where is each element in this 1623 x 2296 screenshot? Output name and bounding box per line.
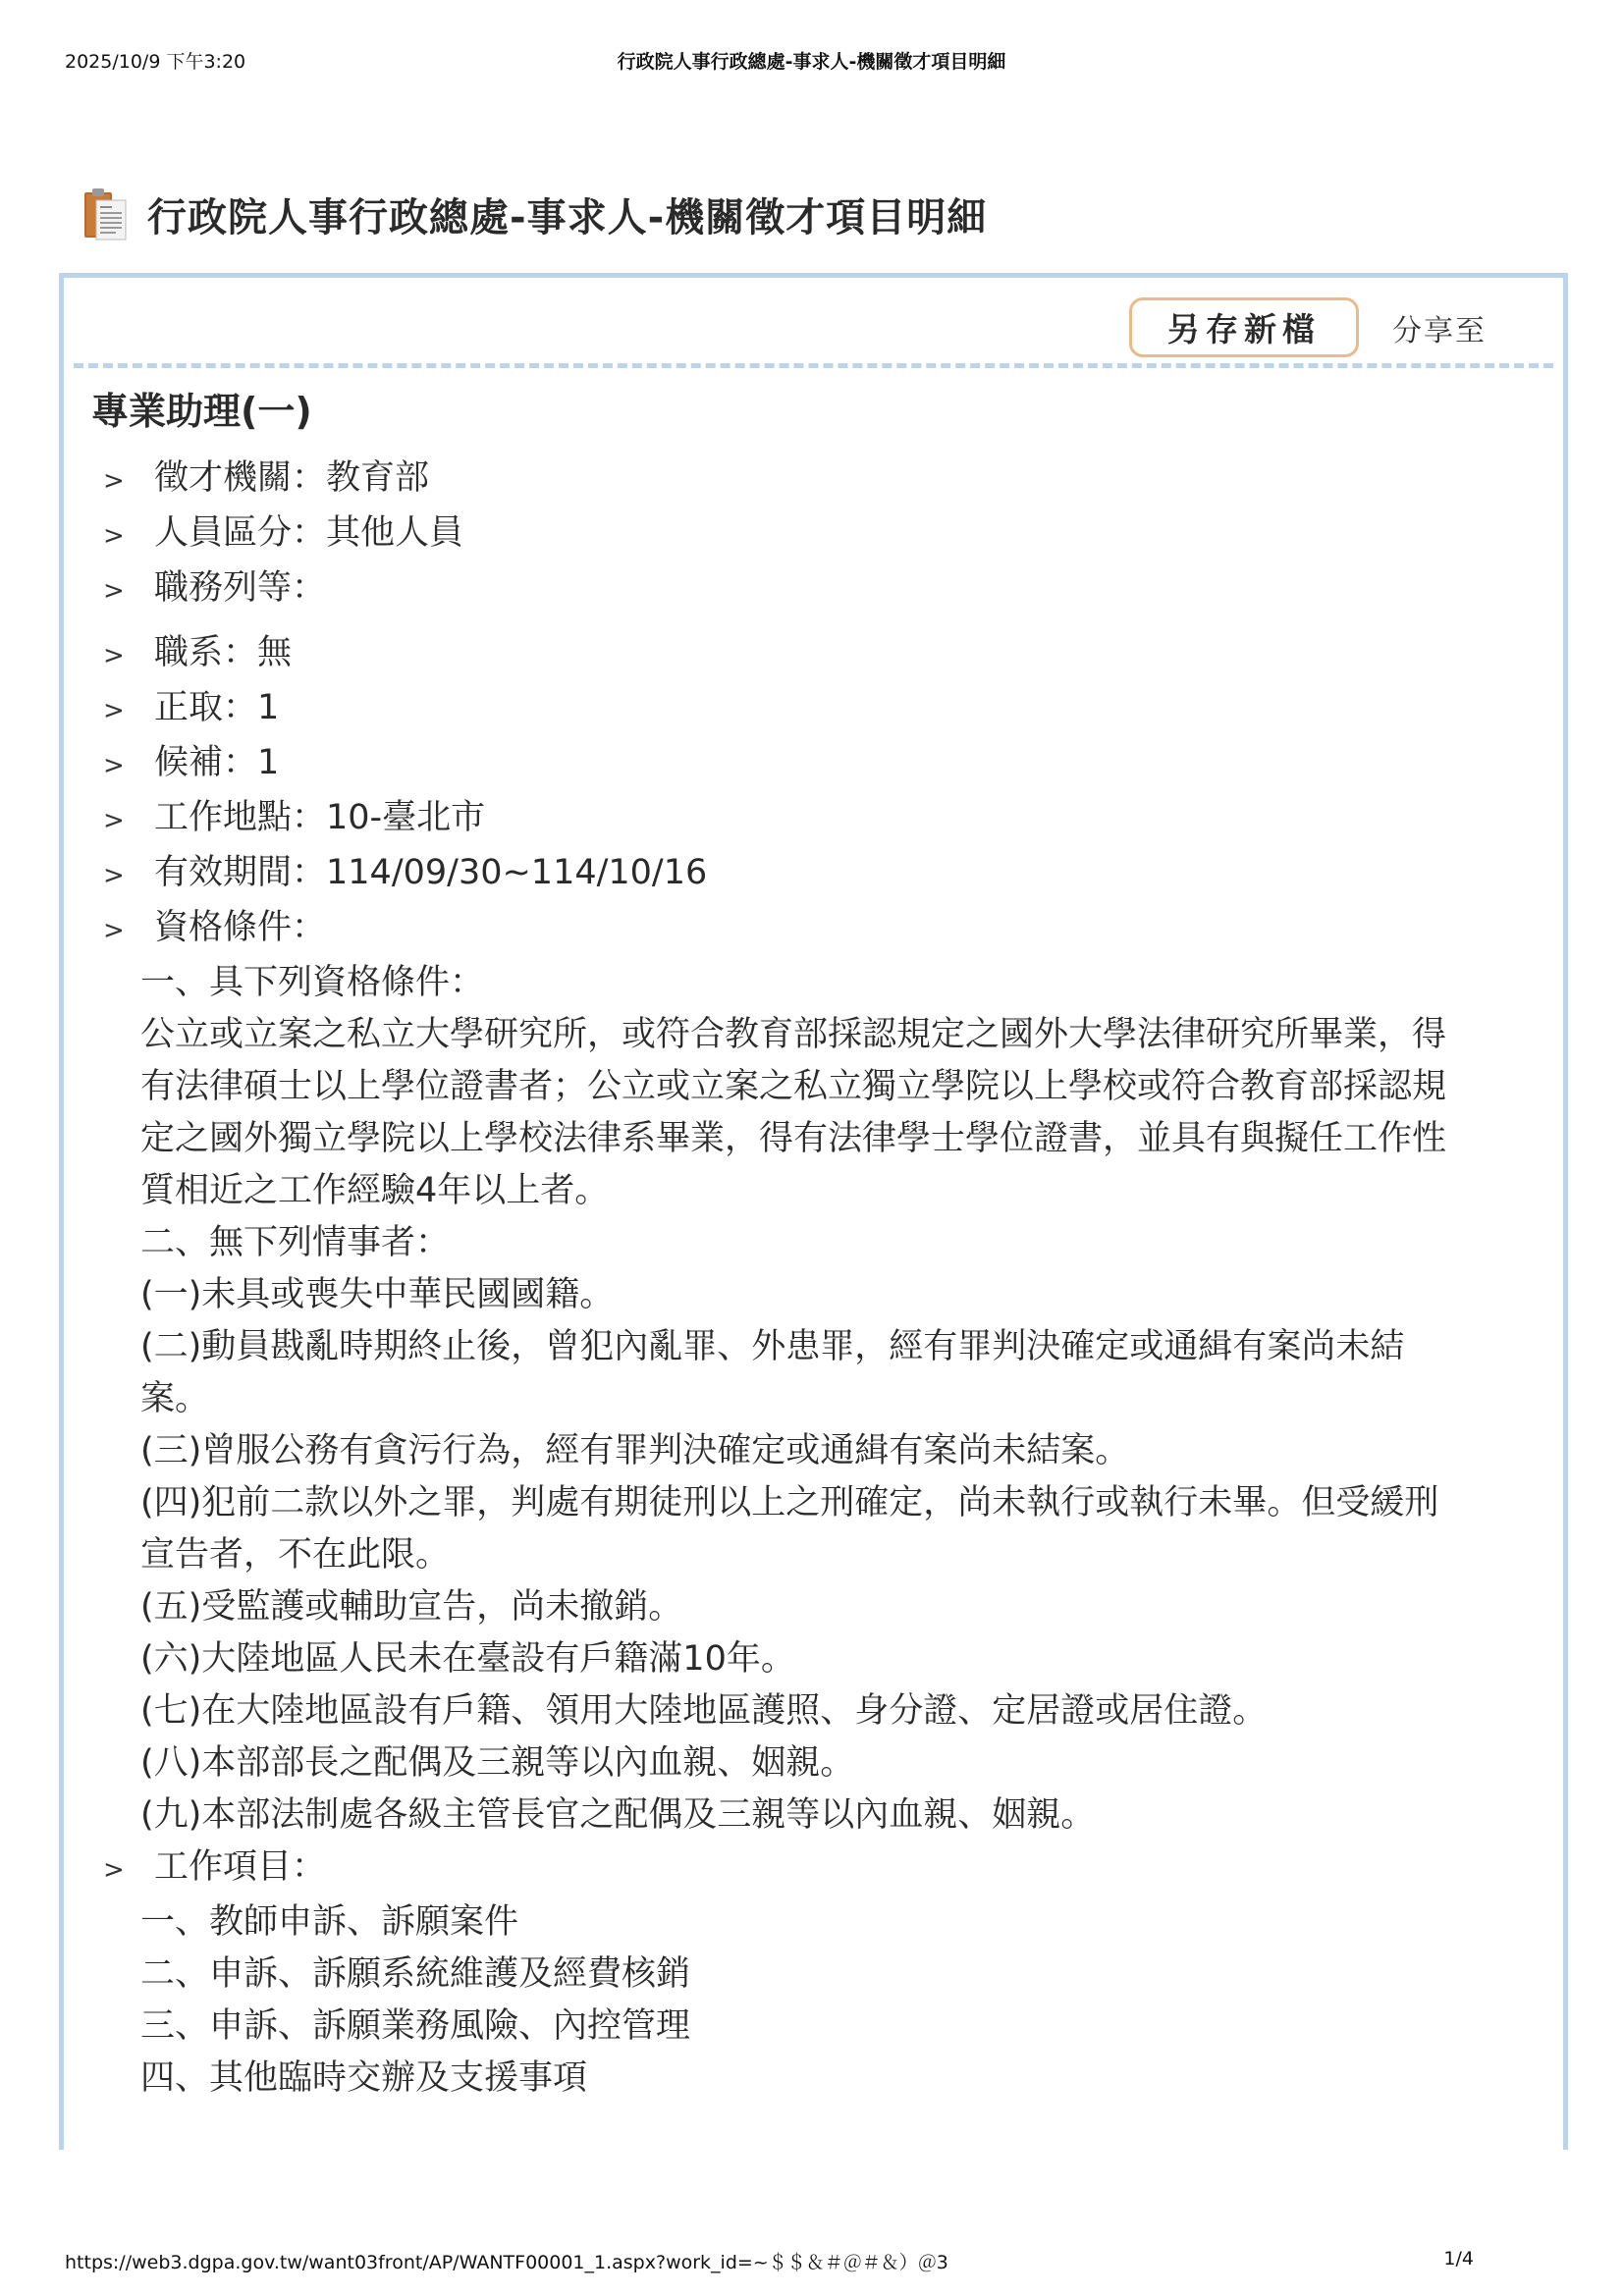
field-value: 無 xyxy=(257,627,292,679)
print-footer: https://web3.dgpa.gov.tw/want03front/AP/… xyxy=(0,2248,1623,2273)
field-duties: > 工作項目： xyxy=(91,1842,1536,1896)
field-valid-period: > 有效期間： 114/09/30~114/10/16 xyxy=(91,847,1536,902)
field-label: 正取： xyxy=(154,682,257,734)
text-line: 一、教師申訴、訴願案件 xyxy=(140,1896,1536,1949)
save-as-button[interactable]: 另存新檔 xyxy=(1129,297,1359,357)
print-header: 2025/10/9 下午3:20 行政院人事行政總處-事求人-機關徵才項目明細 xyxy=(0,47,1623,73)
text-line: (三)曾服公務有貪污行為，經有罪判決確定或通緝有案尚未結案。 xyxy=(140,1425,1536,1477)
qualifications-text: 一、具下列資格條件： 公立或立案之私立大學研究所，或符合教育部採認規定之國外大學… xyxy=(91,957,1536,1842)
field-label: 有效期間： xyxy=(154,847,326,899)
print-doc-title: 行政院人事行政總處-事求人-機關徵才項目明細 xyxy=(0,47,1623,74)
text-line: (七)在大陸地區設有戶籍、領用大陸地區護照、身分證、定居證或居住證。 xyxy=(140,1685,1536,1737)
toolbar: 另存新檔 分享至 xyxy=(1129,297,1487,357)
job-detail: 專業助理(一) > 徵才機關： 教育部 > 人員區分： 其他人員 > 職務列等：… xyxy=(91,384,1536,2105)
chevron-right-icon: > xyxy=(91,1844,154,1896)
chevron-right-icon: > xyxy=(91,455,154,507)
field-value: 114/09/30~114/10/16 xyxy=(326,847,707,899)
field-waitlist: > 候補： 1 xyxy=(91,737,1536,792)
chevron-right-icon: > xyxy=(91,510,154,562)
field-job-series: > 職系： 無 xyxy=(91,627,1536,682)
text-line: (六)大陸地區人民未在臺設有戶籍滿10年。 xyxy=(140,1633,1536,1685)
field-rank: > 職務列等： xyxy=(91,562,1536,617)
page-heading: 行政院人事行政總處-事求人-機關徵才項目明細 xyxy=(82,185,987,243)
text-line: 有法律碩士以上學位證書者；公立或立案之私立獨立學院以上學校或符合教育部採認規 xyxy=(140,1061,1536,1113)
chevron-right-icon: > xyxy=(91,795,154,847)
text-line: 宣告者，不在此限。 xyxy=(140,1529,1536,1581)
field-personnel-type: > 人員區分： 其他人員 xyxy=(91,507,1536,562)
share-link[interactable]: 分享至 xyxy=(1392,306,1487,349)
text-line: 定之國外獨立學院以上學校法律系畢業，得有法律學士學位證書，並具有與擬任工作性 xyxy=(140,1113,1536,1165)
field-label: 工作地點： xyxy=(154,792,326,844)
duties-text: 一、教師申訴、訴願案件 二、申訴、訴願系統維護及經費核銷 三、申訴、訴願業務風險… xyxy=(91,1896,1536,2105)
text-line: 一、具下列資格條件： xyxy=(140,957,1536,1009)
detail-panel: 另存新檔 分享至 專業助理(一) > 徵才機關： 教育部 > 人員區分： 其他人… xyxy=(59,273,1568,2150)
field-label: 徵才機關： xyxy=(154,453,326,505)
field-value: 10-臺北市 xyxy=(326,792,485,844)
text-line: (一)未具或喪失中華民國國籍。 xyxy=(140,1269,1536,1321)
field-label: 工作項目： xyxy=(154,1842,326,1894)
field-admitted: > 正取： 1 xyxy=(91,682,1536,737)
field-qualifications: > 資格條件： xyxy=(91,902,1536,957)
text-line: 二、無下列情事者： xyxy=(140,1217,1536,1269)
clipboard-document-icon xyxy=(82,187,130,241)
field-value: 1 xyxy=(257,682,279,734)
field-agency: > 徵才機關： 教育部 xyxy=(91,453,1536,507)
chevron-right-icon: > xyxy=(91,905,154,957)
dashed-divider xyxy=(74,363,1553,368)
text-line: 案。 xyxy=(140,1373,1536,1425)
page-title: 行政院人事行政總處-事求人-機關徵才項目明細 xyxy=(147,187,987,242)
chevron-right-icon: > xyxy=(91,685,154,737)
chevron-right-icon: > xyxy=(91,850,154,902)
job-title: 專業助理(一) xyxy=(91,384,1536,439)
text-line: 公立或立案之私立大學研究所，或符合教育部採認規定之國外大學法律研究所畢業，得 xyxy=(140,1009,1536,1061)
chevron-right-icon: > xyxy=(91,740,154,792)
text-line: (八)本部部長之配偶及三親等以內血親、姻親。 xyxy=(140,1737,1536,1789)
chevron-right-icon: > xyxy=(91,565,154,617)
print-page-number: 1/4 xyxy=(1443,2248,1474,2269)
field-label: 資格條件： xyxy=(154,902,326,954)
text-line: 質相近之工作經驗4年以上者。 xyxy=(140,1165,1536,1217)
field-label: 職系： xyxy=(154,627,257,679)
field-label: 職務列等： xyxy=(154,562,326,614)
text-line: (五)受監護或輔助宣告，尚未撤銷。 xyxy=(140,1581,1536,1633)
field-label: 人員區分： xyxy=(154,507,326,560)
text-line: 四、其他臨時交辦及支援事項 xyxy=(140,2053,1536,2105)
chevron-right-icon: > xyxy=(91,630,154,682)
field-value: 1 xyxy=(257,737,279,789)
field-value: 其他人員 xyxy=(326,507,463,560)
field-label: 候補： xyxy=(154,737,257,789)
field-location: > 工作地點： 10-臺北市 xyxy=(91,792,1536,847)
print-url: https://web3.dgpa.gov.tw/want03front/AP/… xyxy=(65,2248,948,2274)
text-line: (二)動員戡亂時期終止後，曾犯內亂罪、外患罪，經有罪判決確定或通緝有案尚未結 xyxy=(140,1321,1536,1373)
text-line: (九)本部法制處各級主管長官之配偶及三親等以內血親、姻親。 xyxy=(140,1789,1536,1842)
text-line: (四)犯前二款以外之罪，判處有期徒刑以上之刑確定，尚未執行或執行未畢。但受緩刑 xyxy=(140,1477,1536,1529)
text-line: 二、申訴、訴願系統維護及經費核銷 xyxy=(140,1949,1536,2001)
text-line: 三、申訴、訴願業務風險、內控管理 xyxy=(140,2001,1536,2053)
field-value: 教育部 xyxy=(326,453,429,505)
